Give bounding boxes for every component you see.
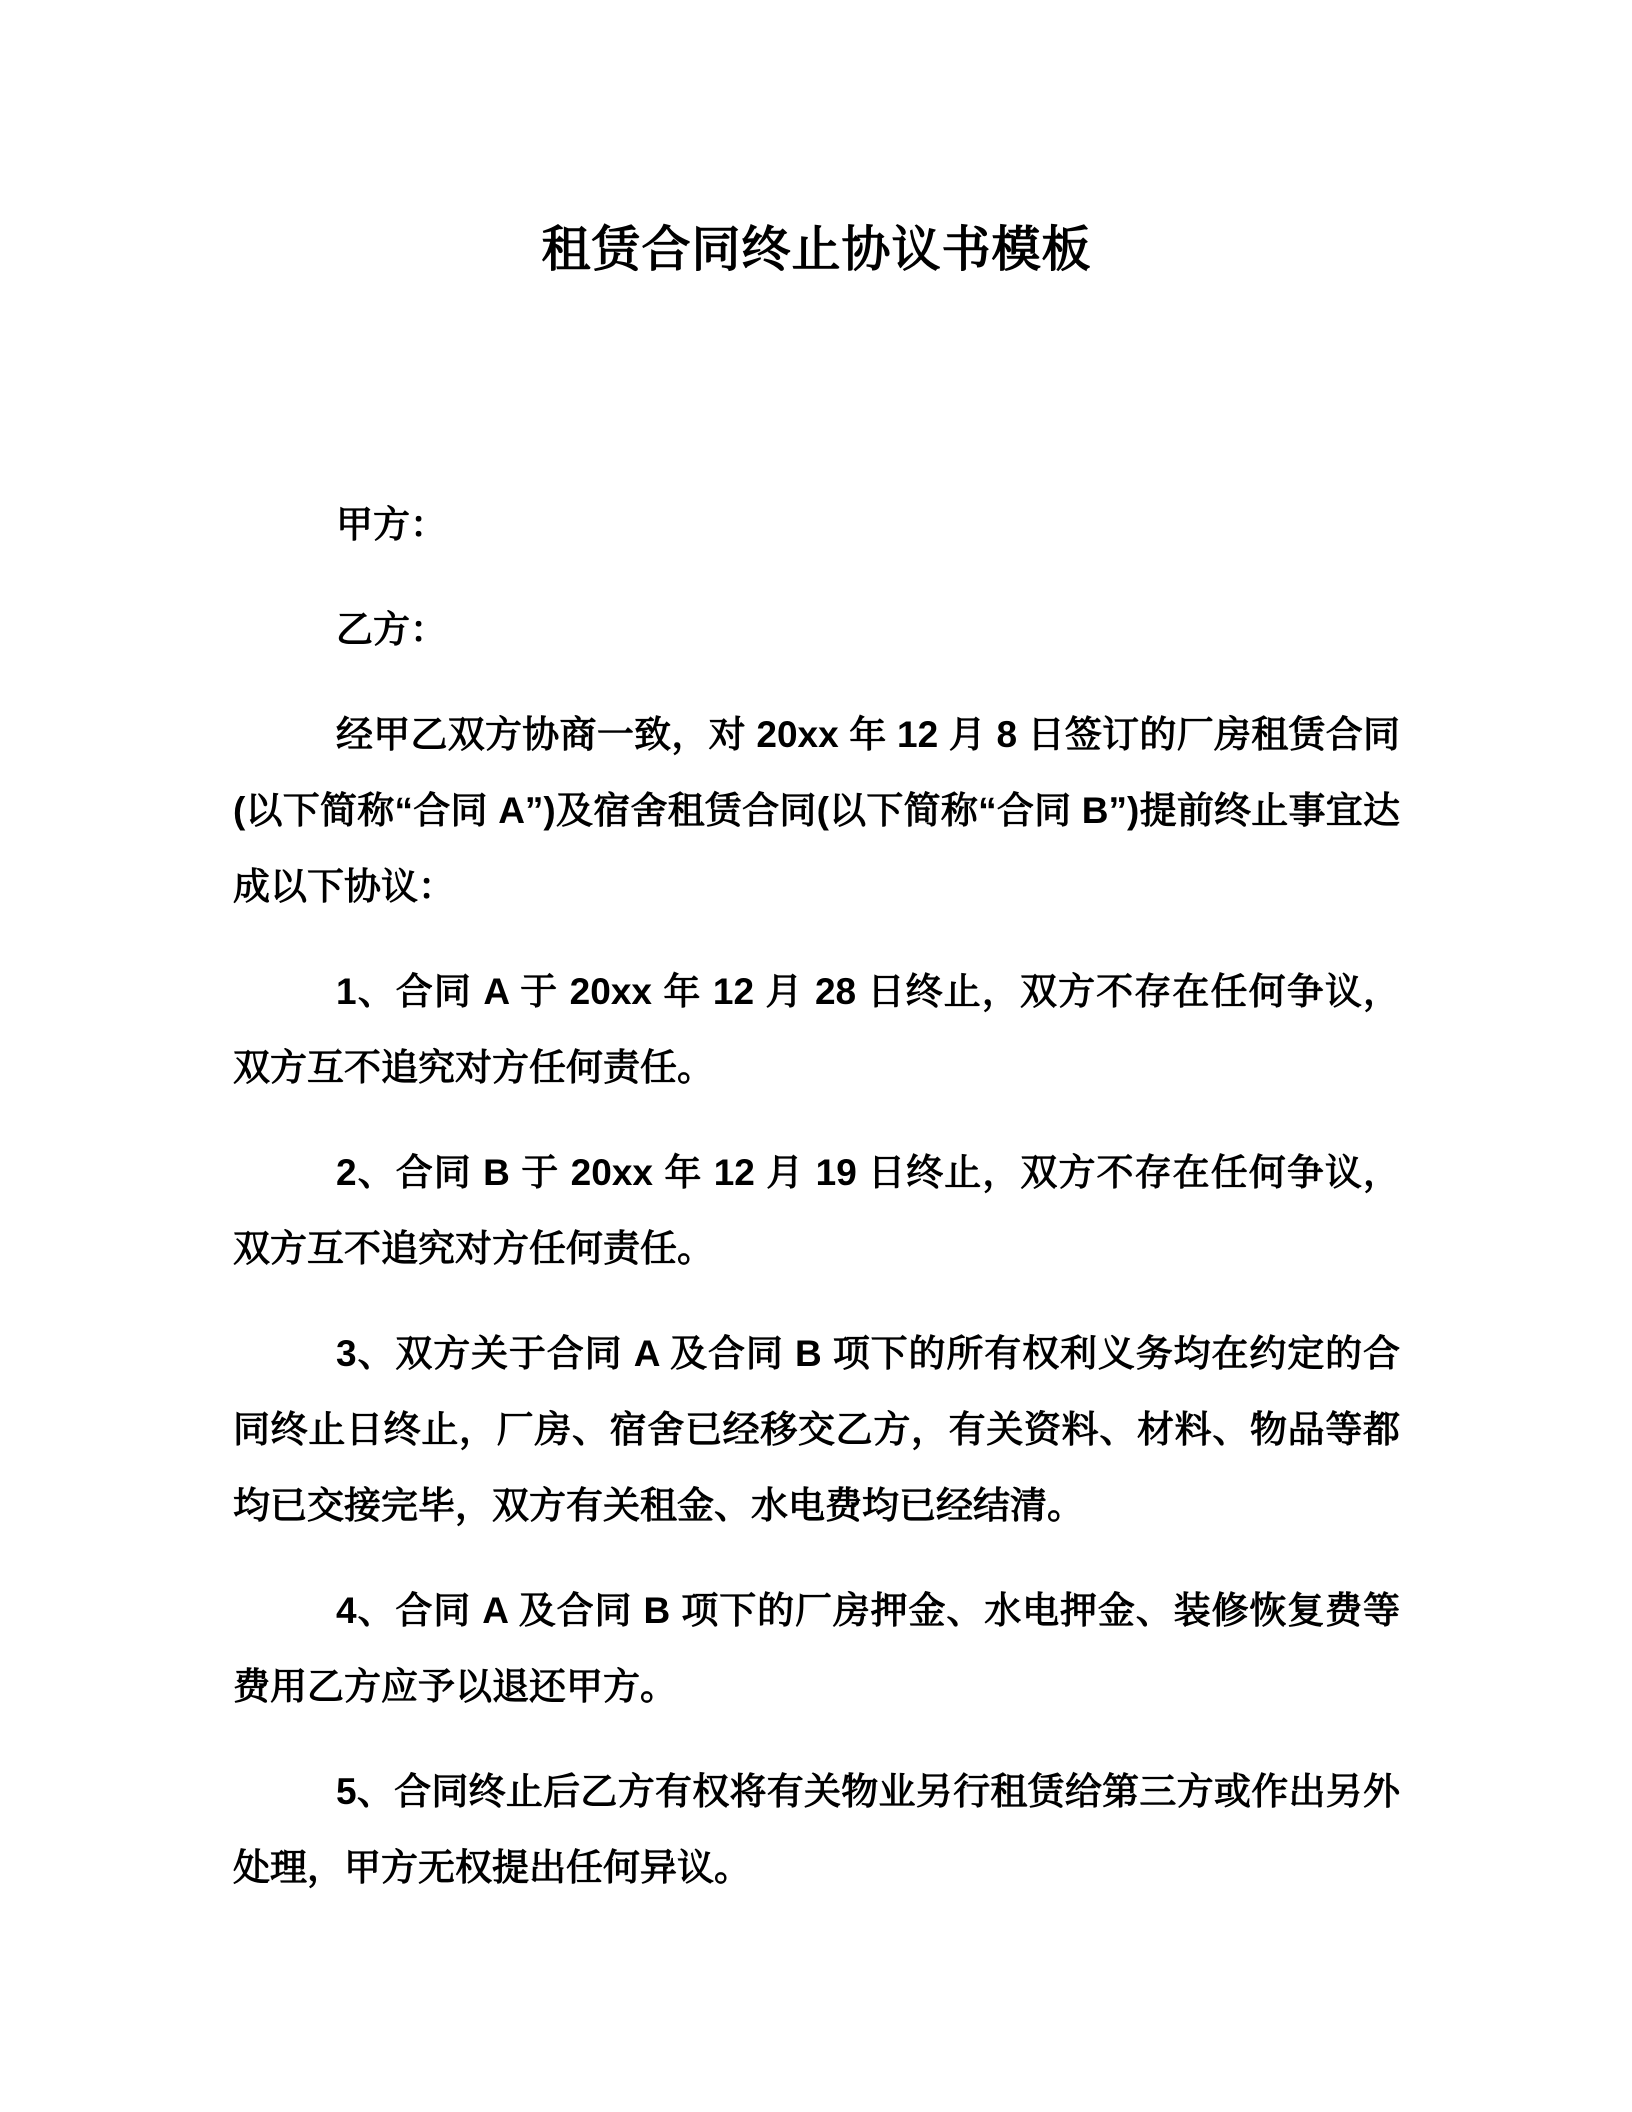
party-a-label: 甲方：	[233, 487, 1400, 563]
clause-3: 3、双方关于合同 A 及合同 B 项下的所有权利义务均在约定的合同终止日终止，厂…	[233, 1316, 1400, 1544]
party-b-label: 乙方：	[233, 592, 1400, 668]
document-page: 租赁合同终止协议书模板 甲方： 乙方： 经甲乙双方协商一致，对 20xx 年 1…	[0, 0, 1632, 2112]
document-title: 租赁合同终止协议书模板	[233, 212, 1400, 288]
clause-2: 2、合同 B 于 20xx 年 12 月 19 日终止，双方不存在任何争议，双方…	[233, 1135, 1400, 1287]
intro-paragraph: 经甲乙双方协商一致，对 20xx 年 12 月 8 日签订的厂房租赁合同(以下简…	[233, 697, 1400, 925]
clause-4: 4、合同 A 及合同 B 项下的厂房押金、水电押金、装修恢复费等费用乙方应予以退…	[233, 1573, 1400, 1725]
clause-5: 5、合同终止后乙方有权将有关物业另行租赁给第三方或作出另外处理，甲方无权提出任何…	[233, 1754, 1400, 1906]
clause-1: 1、合同 A 于 20xx 年 12 月 28 日终止，双方不存在任何争议，双方…	[233, 954, 1400, 1106]
